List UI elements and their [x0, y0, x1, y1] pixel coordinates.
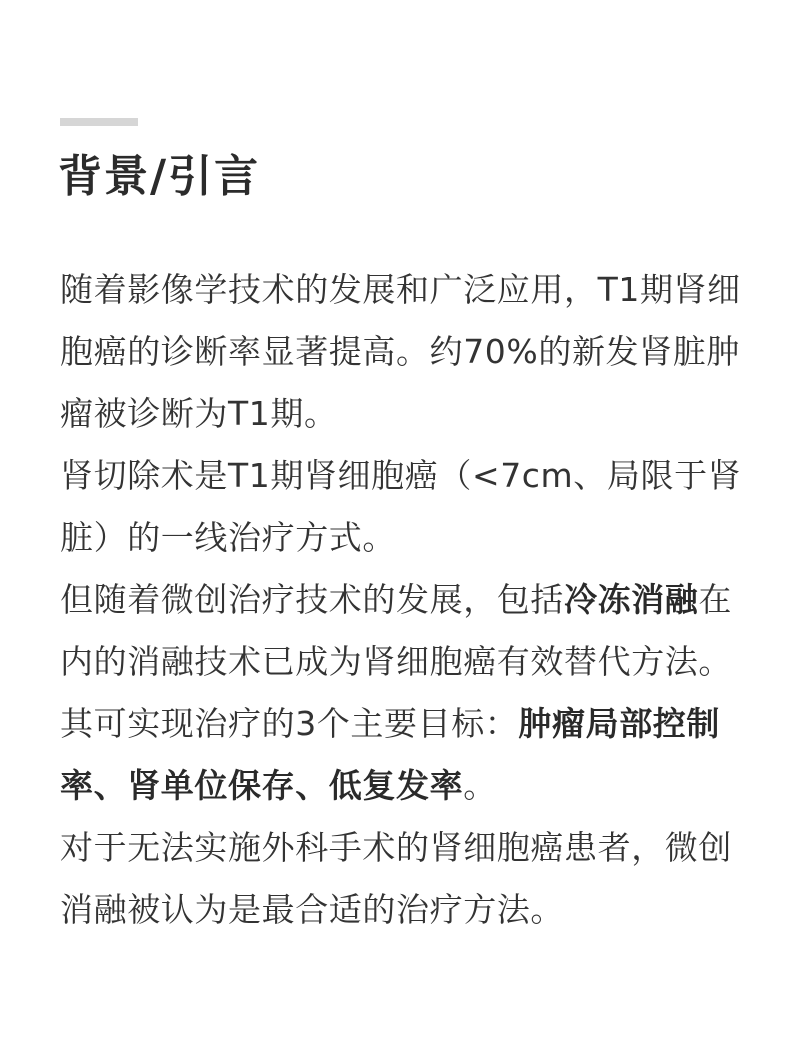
paragraph-2: 肾切除术是T1期肾细胞癌（<7cm、局限于肾脏）的一线治疗方式。: [60, 445, 746, 569]
highlight-cryoablation: 冷冻消融: [564, 580, 698, 619]
paragraph-text: 对于无法实施外科手术的肾细胞癌患者，微创消融被认为是最合适的治疗方法。: [60, 828, 732, 929]
paragraph-text: 随着影像学技术的发展和广泛应用，T1期肾细胞癌的诊断率显著提高。约70%的新发肾…: [60, 270, 741, 433]
title-accent-bar: [60, 118, 138, 126]
page-title: 背景/引言: [58, 144, 260, 210]
paragraph-4: 其可实现治疗的3个主要目标：肿瘤局部控制率、肾单位保存、低复发率。: [60, 693, 746, 817]
paragraph-3: 但随着微创治疗技术的发展，包括冷冻消融在内的消融技术已成为肾细胞癌有效替代方法。: [60, 569, 746, 693]
paragraph-text: 肾切除术是T1期肾细胞癌（<7cm、局限于肾脏）的一线治疗方式。: [60, 456, 741, 557]
paragraph-1: 随着影像学技术的发展和广泛应用，T1期肾细胞癌的诊断率显著提高。约70%的新发肾…: [60, 259, 746, 445]
paragraph-text: 。: [463, 766, 497, 805]
paragraph-text: 但随着微创治疗技术的发展，包括: [60, 580, 564, 619]
paragraph-text: 其可实现治疗的3个主要目标：: [60, 704, 518, 743]
article-body: 随着影像学技术的发展和广泛应用，T1期肾细胞癌的诊断率显著提高。约70%的新发肾…: [60, 259, 746, 941]
paragraph-5: 对于无法实施外科手术的肾细胞癌患者，微创消融被认为是最合适的治疗方法。: [60, 817, 746, 941]
